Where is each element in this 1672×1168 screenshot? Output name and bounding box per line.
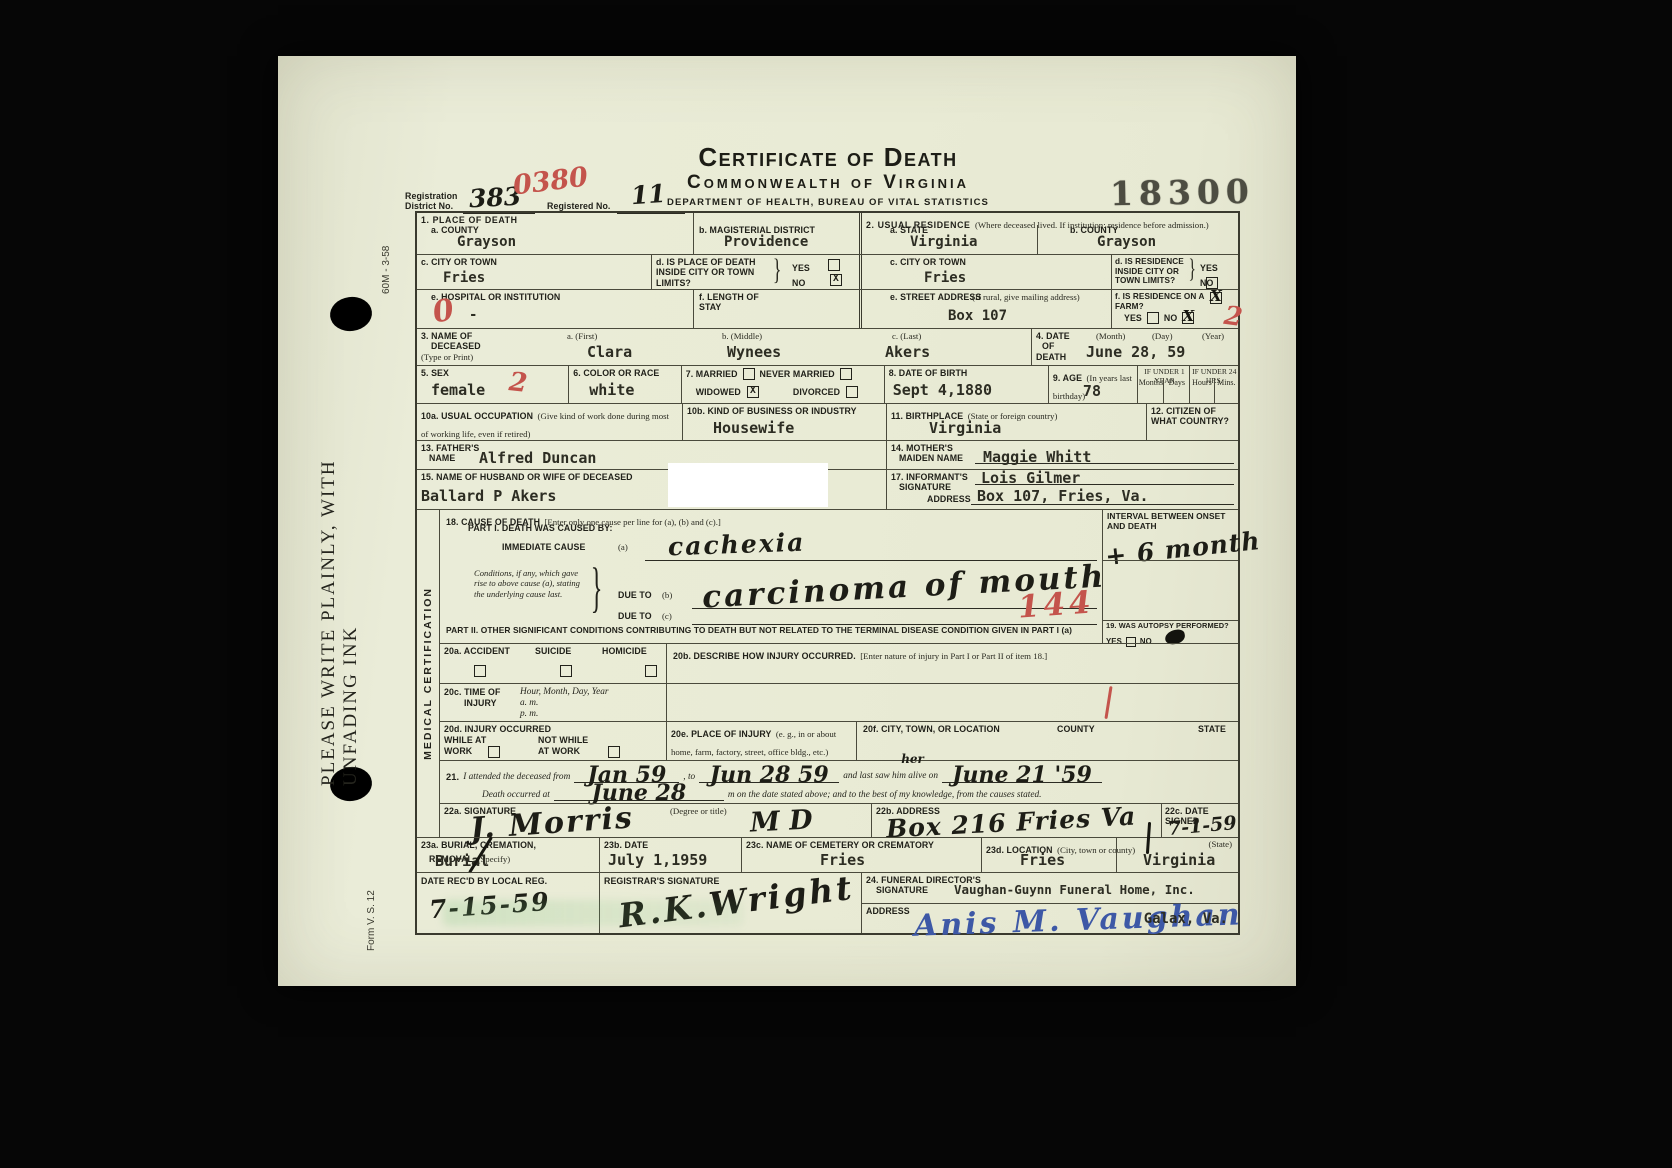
business-industry-label: 10b. KIND OF BUSINESS OR INDUSTRY bbox=[687, 406, 857, 416]
cause-b-label: (b) bbox=[662, 590, 672, 600]
row-name-date: 3. NAME OF DECEASED (Type or Print) a. (… bbox=[417, 328, 1238, 365]
middle-name-value: Wynees bbox=[727, 344, 781, 361]
mother-value: Maggie Whitt bbox=[983, 449, 1091, 466]
cemetery-label: 23c. NAME OF CEMETERY OR CREMATORY bbox=[746, 840, 934, 850]
checkbox-empty bbox=[846, 386, 858, 398]
day-label: (Day) bbox=[1152, 331, 1173, 341]
part2-label: PART II. OTHER SIGNIFICANT CONDITIONS CO… bbox=[446, 626, 1098, 636]
burial-state-label: (State) bbox=[1209, 839, 1232, 849]
field-place-of-injury: 20e. PLACE OF INJURY (e. g., in or about… bbox=[667, 722, 857, 760]
checkbox-empty bbox=[1147, 312, 1159, 324]
certificate-form: 1. PLACE OF DEATH a. COUNTY Grayson b. M… bbox=[415, 211, 1240, 935]
field-accident-suicide-homicide: 20a. ACCIDENT SUICIDE HOMICIDE bbox=[440, 644, 667, 683]
married-line: 7. MARRIED NEVER MARRIED bbox=[686, 368, 852, 380]
field-birthplace: 11. BIRTHPLACE (State or foreign country… bbox=[887, 404, 1147, 440]
color-race-value: white bbox=[589, 382, 634, 399]
usual-residence-block: 2. USUAL RESIDENCE (Where deceased lived… bbox=[862, 213, 1238, 254]
row-time-of-injury: 20c. TIME OF INJURY Hour, Month, Day, Ye… bbox=[440, 683, 1238, 721]
degree-label: (Degree or title) bbox=[670, 806, 727, 816]
magisterial-district-value: Providence bbox=[724, 235, 808, 250]
last-name-value: Akers bbox=[885, 344, 930, 361]
field-informant: 17. INFORMANT'S SIGNATURE Lois Gilmer AD… bbox=[887, 470, 1238, 509]
field-place-of-death-county: 1. PLACE OF DEATH a. COUNTY Grayson bbox=[417, 213, 694, 254]
registrar-label: REGISTRAR'S SIGNATURE bbox=[604, 876, 719, 886]
while-at-label: WHILE AT bbox=[444, 735, 486, 745]
field-residence-inside-limits: d. IS RESIDENCE INSIDE CITY OR TOWN LIMI… bbox=[1112, 255, 1238, 289]
field-interval-onset: INTERVAL BETWEEN ONSET AND DEATH + 6 mon… bbox=[1103, 510, 1238, 643]
due-to-c-label: DUE TO bbox=[618, 611, 652, 621]
date-signed-value: 7-1-59 bbox=[1167, 815, 1237, 838]
not-while-label: NOT WHILE bbox=[538, 735, 588, 745]
field-date-of-birth: 8. DATE OF BIRTH Sept 4,1880 bbox=[885, 366, 1049, 403]
field-residence-city: c. CITY OR TOWN Fries bbox=[862, 255, 1112, 289]
spouse-label: 15. NAME OF HUSBAND OR WIFE OF DECEASED bbox=[421, 472, 633, 482]
redaction-box bbox=[668, 463, 828, 507]
city-label: c. CITY OR TOWN bbox=[421, 257, 497, 267]
field-burial-state: (State) Virginia bbox=[1117, 838, 1238, 872]
length-of-stay-label: f. LENGTH OF STAY bbox=[699, 292, 769, 313]
row-cause-of-death: 18. CAUSE OF DEATH [Enter only one cause… bbox=[440, 509, 1238, 643]
residence-city-value: Fries bbox=[924, 271, 966, 286]
month-label: (Month) bbox=[1096, 331, 1125, 341]
homicide-label: HOMICIDE bbox=[602, 646, 647, 656]
her-annotation: her bbox=[901, 754, 924, 765]
months-label: Months bbox=[1138, 378, 1163, 403]
degree-value: M D bbox=[749, 808, 813, 836]
field-hospital: e. HOSPITAL OR INSTITUTION 0 - bbox=[417, 290, 694, 328]
injury-occurred-label: 20d. INJURY OCCURRED bbox=[444, 724, 551, 734]
row-attended: 21. I attended the deceased from Jan 59 … bbox=[440, 760, 1238, 803]
year-label: (Year) bbox=[1202, 331, 1224, 341]
burial-state-value: Virginia bbox=[1143, 852, 1215, 869]
field-under-one-year: IF UNDER 1 YEAR Months Days bbox=[1138, 366, 1190, 403]
field-color-race: 6. COLOR OR RACE white bbox=[569, 366, 681, 403]
cause-a-label: (a) bbox=[618, 542, 628, 552]
checkbox-empty bbox=[560, 665, 572, 677]
informant-address-label: ADDRESS bbox=[927, 494, 971, 504]
field-usual-occupation: 10a. USUAL OCCUPATION (Give kind of work… bbox=[417, 404, 683, 440]
field-length-of-stay: f. LENGTH OF STAY bbox=[694, 290, 862, 328]
residence-county-value: Grayson bbox=[1097, 235, 1156, 250]
describe-injury-label: 20b. DESCRIBE HOW INJURY OCCURRED. [Ente… bbox=[673, 646, 1047, 664]
name-heading: 3. NAME OF DECEASED (Type or Print) bbox=[421, 331, 481, 362]
days-label: Days bbox=[1163, 378, 1189, 403]
brace-glyph: } bbox=[1188, 254, 1195, 284]
field-residence-on-farm: f. IS RESIDENCE ON A FARM? YES NO X 2 bbox=[1112, 290, 1238, 328]
conditions-note: Conditions, if any, which gave rise to a… bbox=[474, 568, 586, 599]
street-address-value: Box 107 bbox=[948, 309, 1007, 324]
checkbox-marked: X bbox=[747, 386, 759, 398]
alive-on-wrapper: and last saw him alive on her bbox=[843, 765, 938, 783]
funeral-director-value: Vaughan-Guynn Funeral Home, Inc. bbox=[954, 883, 1195, 897]
injury-state-label: STATE bbox=[1198, 724, 1226, 734]
field-marital-status: 7. MARRIED NEVER MARRIED WIDOWED X DIVOR… bbox=[682, 366, 885, 403]
am-label: a. m. bbox=[520, 698, 538, 709]
row-physician: 22a. SIGNATURE J. Morris (Degree or titl… bbox=[440, 803, 1238, 837]
hours-label: Hours bbox=[1190, 378, 1213, 403]
informant-value: Lois Gilmer bbox=[981, 470, 1080, 487]
at-work-label: AT WORK bbox=[538, 746, 580, 756]
county-value: Grayson bbox=[457, 235, 516, 250]
field-mother-name: 14. MOTHER'S MAIDEN NAME Maggie Whitt bbox=[887, 441, 1238, 469]
funeral-address-value: Galax, Va. bbox=[1144, 912, 1228, 927]
work-label: WORK bbox=[444, 746, 472, 756]
residence-state-value: Virginia bbox=[910, 235, 977, 250]
margin-instruction: PLEASE WRITE PLAINLY, WITH UNFADING INK bbox=[318, 346, 362, 786]
spouse-value: Ballard P Akers bbox=[421, 488, 556, 505]
residence-city-label: c. CITY OR TOWN bbox=[890, 257, 966, 267]
field-physician-signature: 22a. SIGNATURE J. Morris (Degree or titl… bbox=[440, 804, 872, 837]
death-inside-limits-label: d. IS PLACE OF DEATH INSIDE CITY OR TOWN… bbox=[656, 257, 768, 288]
widowed-line: WIDOWED X DIVORCED bbox=[696, 386, 858, 398]
row-sex-race-married: 5. SEX female 2 6. COLOR OR RACE white 7… bbox=[417, 365, 1238, 403]
place-of-death-heading: 1. PLACE OF DEATH bbox=[421, 215, 518, 225]
accident-label: 20a. ACCIDENT bbox=[444, 646, 510, 656]
scan-artifact bbox=[443, 900, 743, 926]
street-address-label: e. STREET ADDRESS bbox=[890, 292, 981, 302]
street-address-note: (If rural, give mailing address) bbox=[972, 292, 1080, 302]
autopsy-label: 19. WAS AUTOPSY PERFORMED? bbox=[1106, 622, 1234, 630]
field-death-inside-limits: d. IS PLACE OF DEATH INSIDE CITY OR TOWN… bbox=[652, 255, 862, 289]
due-to-b-label: DUE TO bbox=[618, 590, 652, 600]
residence-ab-divider bbox=[1037, 225, 1038, 254]
father-label: 13. FATHER'S NAME bbox=[421, 443, 479, 464]
place-of-injury-label: 20e. PLACE OF INJURY (e. g., in or about… bbox=[671, 724, 851, 760]
city-value: Fries bbox=[443, 271, 485, 286]
date-of-birth-label: 8. DATE OF BIRTH bbox=[889, 368, 968, 378]
cause-a-line bbox=[645, 560, 1097, 561]
row-place-residence-top: 1. PLACE OF DEATH a. COUNTY Grayson b. M… bbox=[417, 213, 1238, 254]
row-burial: 23a. BURIAL, CREMATION, REMOVAL (Specify… bbox=[417, 837, 1238, 872]
interval-label: INTERVAL BETWEEN ONSET AND DEATH bbox=[1107, 512, 1233, 532]
burial-date-label: 23b. DATE bbox=[604, 840, 648, 850]
field-date-signed: 22c. DATE SIGNED 7-1-59 bbox=[1162, 804, 1238, 837]
burial-date-value: July 1,1959 bbox=[608, 852, 707, 869]
row-occupation: 10a. USUAL OCCUPATION (Give kind of work… bbox=[417, 403, 1238, 440]
row-hospital-street: e. HOSPITAL OR INSTITUTION 0 - f. LENGTH… bbox=[417, 289, 1238, 328]
sex-value: female bbox=[431, 382, 485, 399]
cemetery-value: Fries bbox=[820, 852, 865, 869]
interval-value: + 6 month bbox=[1104, 530, 1261, 569]
red-number-value: 0380 bbox=[512, 166, 590, 199]
field-cemetery: 23c. NAME OF CEMETERY OR CREMATORY Fries bbox=[742, 838, 982, 872]
father-value: Alfred Duncan bbox=[479, 450, 596, 467]
funeral-director-block: 24. FUNERAL DIRECTOR'S SIGNATURE Vaughan… bbox=[862, 873, 1238, 933]
last-name-label: c. (Last) bbox=[892, 331, 921, 341]
injury-county-label: COUNTY bbox=[1057, 724, 1095, 734]
punch-hole-top bbox=[328, 295, 374, 334]
citizen-label: 12. CITIZEN OF WHAT COUNTRY? bbox=[1151, 406, 1235, 427]
certificate-paper: 60M - 3-58 PLEASE WRITE PLAINLY, WITH UN… bbox=[278, 56, 1296, 986]
attended-line-1: 21. I attended the deceased from Jan 59 … bbox=[446, 765, 1102, 783]
date-of-death-value: June 28, 59 bbox=[1086, 344, 1185, 361]
medical-certification-label: MEDICAL CERTIFICATION bbox=[422, 587, 434, 760]
row-city-limits: c. CITY OR TOWN Fries d. IS PLACE OF DEA… bbox=[417, 254, 1238, 289]
part1-label: PART I. DEATH WAS CAUSED BY: bbox=[468, 523, 613, 533]
field-describe-injury: 20b. DESCRIBE HOW INJURY OCCURRED. [Ente… bbox=[667, 644, 1238, 683]
registered-number-value: 11 bbox=[630, 183, 666, 208]
checkbox-pen-marked: X bbox=[1182, 312, 1194, 324]
hospital-red-mark: 0 bbox=[431, 296, 456, 326]
field-age: 9. AGE (In years last birthday) 78 bbox=[1049, 366, 1139, 403]
form-number: Form V. S. 12 bbox=[366, 861, 377, 951]
under-one-year-cols: Months Days bbox=[1138, 378, 1189, 403]
first-name-label: a. (First) bbox=[567, 331, 597, 341]
field-business-industry: 10b. KIND OF BUSINESS OR INDUSTRY Housew… bbox=[683, 404, 887, 440]
checkbox-empty bbox=[474, 665, 486, 677]
mother-label: 14. MOTHER'S MAIDEN NAME bbox=[891, 443, 963, 464]
field-city-or-town: c. CITY OR TOWN Fries bbox=[417, 255, 652, 289]
row-accident: 20a. ACCIDENT SUICIDE HOMICIDE 20b. DESC… bbox=[440, 643, 1238, 683]
attended-to-blank: Jun 28 59 bbox=[699, 766, 839, 783]
alive-on-blank: June 21 '59 bbox=[942, 766, 1102, 783]
field-date-of-death: 4. DATE OF DEATH (Month) (Day) (Year) Ju… bbox=[1032, 329, 1238, 365]
cause-a-value: cachexia bbox=[668, 532, 806, 559]
field-citizen: 12. CITIZEN OF WHAT COUNTRY? bbox=[1147, 404, 1238, 440]
date-received-label: DATE REC'D BY LOCAL REG. bbox=[421, 876, 547, 886]
registration-district-label: Registration District No. bbox=[405, 191, 458, 212]
field-injury-at-work: 20d. INJURY OCCURRED WHILE AT WORK NOT W… bbox=[440, 722, 667, 760]
interval-line-1 bbox=[1103, 560, 1238, 561]
sex-label: 5. SEX bbox=[421, 368, 449, 378]
pm-label: p. m. bbox=[520, 709, 538, 720]
date-of-birth-value: Sept 4,1880 bbox=[893, 382, 992, 399]
checkbox-empty bbox=[488, 746, 500, 758]
funeral-address-label: ADDRESS bbox=[866, 906, 910, 916]
hospital-value: - bbox=[469, 308, 477, 323]
death-occurred-value: June 28 bbox=[591, 784, 686, 804]
field-time-of-injury: 20c. TIME OF INJURY Hour, Month, Day, Ye… bbox=[440, 684, 667, 721]
funeral-director-address-row: ADDRESS Anis M. Vaughan Galax, Va. bbox=[862, 903, 1238, 933]
field-street-address: e. STREET ADDRESS (If rural, give mailin… bbox=[862, 290, 1112, 328]
certificate-stamp-number: 18300 bbox=[1110, 175, 1255, 211]
farm-red-mark: 2 bbox=[1222, 305, 1243, 331]
suicide-label: SUICIDE bbox=[535, 646, 571, 656]
row-injury-place: 20d. INJURY OCCURRED WHILE AT WORK NOT W… bbox=[440, 721, 1238, 760]
conditions-brace: } bbox=[591, 556, 603, 620]
birthplace-value: Virginia bbox=[929, 420, 1001, 437]
print-batch-code: 60M - 3-58 bbox=[381, 189, 392, 294]
page-title: Certificate of Death bbox=[538, 144, 1118, 171]
death-occurred-blank: June 28 bbox=[554, 784, 724, 801]
informant-label: 17. INFORMANT'S SIGNATURE bbox=[891, 472, 968, 493]
farm-label: f. IS RESIDENCE ON A FARM? bbox=[1115, 292, 1235, 311]
checkbox-empty bbox=[840, 368, 852, 380]
date-of-death-label: 4. DATE OF DEATH bbox=[1036, 331, 1070, 362]
checkbox-empty bbox=[608, 746, 620, 758]
time-injury-note: Hour, Month, Day, Year bbox=[520, 687, 609, 698]
immediate-cause-label: IMMEDIATE CAUSE bbox=[502, 542, 585, 552]
cause-c-label: (c) bbox=[662, 611, 672, 621]
first-name-value: Clara bbox=[587, 344, 632, 361]
under-24-cols: Hours Mins. bbox=[1190, 378, 1238, 403]
time-injury-label-1: 20c. TIME OF bbox=[444, 687, 500, 697]
brace-glyph: } bbox=[773, 253, 782, 288]
time-injury-label-2: INJURY bbox=[464, 698, 497, 708]
color-race-label: 6. COLOR OR RACE bbox=[573, 368, 659, 378]
informant-address-value: Box 107, Fries, Va. bbox=[977, 488, 1149, 505]
checkbox-empty bbox=[645, 665, 657, 677]
checkbox-marked: X bbox=[830, 274, 842, 286]
middle-name-label: b. (Middle) bbox=[722, 331, 762, 341]
medical-certification-band: MEDICAL CERTIFICATION bbox=[417, 509, 440, 837]
burial-location-value: Fries bbox=[1020, 852, 1065, 869]
registered-number-label: Registered No. bbox=[547, 201, 610, 211]
checkbox-empty bbox=[828, 259, 840, 271]
red-code-144: 144 bbox=[1017, 589, 1095, 622]
injury-city-label: 20f. CITY, TOWN, OR LOCATION bbox=[863, 724, 1000, 734]
field-burial-date: 23b. DATE July 1,1959 bbox=[600, 838, 742, 872]
checkbox-empty bbox=[743, 368, 755, 380]
field-name-of-deceased: 3. NAME OF DECEASED (Type or Print) a. (… bbox=[417, 329, 1032, 365]
field-cause-of-death: 18. CAUSE OF DEATH [Enter only one cause… bbox=[440, 510, 1103, 643]
business-industry-value: Housewife bbox=[713, 420, 794, 437]
field-burial-type: 23a. BURIAL, CREMATION, REMOVAL (Specify… bbox=[417, 838, 600, 872]
time-injury-blank bbox=[667, 684, 1238, 721]
field-sex: 5. SEX female 2 bbox=[417, 366, 569, 403]
field-magisterial-district: b. MAGISTERIAL DISTRICT Providence bbox=[694, 213, 862, 254]
sex-red-mark: 2 bbox=[508, 371, 528, 396]
occupation-label: 10a. USUAL OCCUPATION (Give kind of work… bbox=[421, 406, 677, 442]
age-value: 78 bbox=[1083, 383, 1101, 400]
field-attended-statement: 21. I attended the deceased from Jan 59 … bbox=[440, 761, 1238, 803]
mins-label: Mins. bbox=[1214, 378, 1238, 403]
red-slash-mark bbox=[1104, 686, 1112, 719]
attended-line-2: Death occurred at June 28 m on the date … bbox=[482, 784, 1041, 801]
farm-yes-no: YES NO X bbox=[1124, 312, 1194, 324]
residence-limits-label: d. IS RESIDENCE INSIDE CITY OR TOWN LIMI… bbox=[1115, 257, 1187, 286]
field-burial-location: 23d. LOCATION (City, town or county) Fri… bbox=[982, 838, 1117, 872]
field-physician-address: 22b. ADDRESS Box 216 Fries Va bbox=[872, 804, 1162, 837]
field-under-24-hrs: IF UNDER 24 HRS. Hours Mins. bbox=[1190, 366, 1238, 403]
